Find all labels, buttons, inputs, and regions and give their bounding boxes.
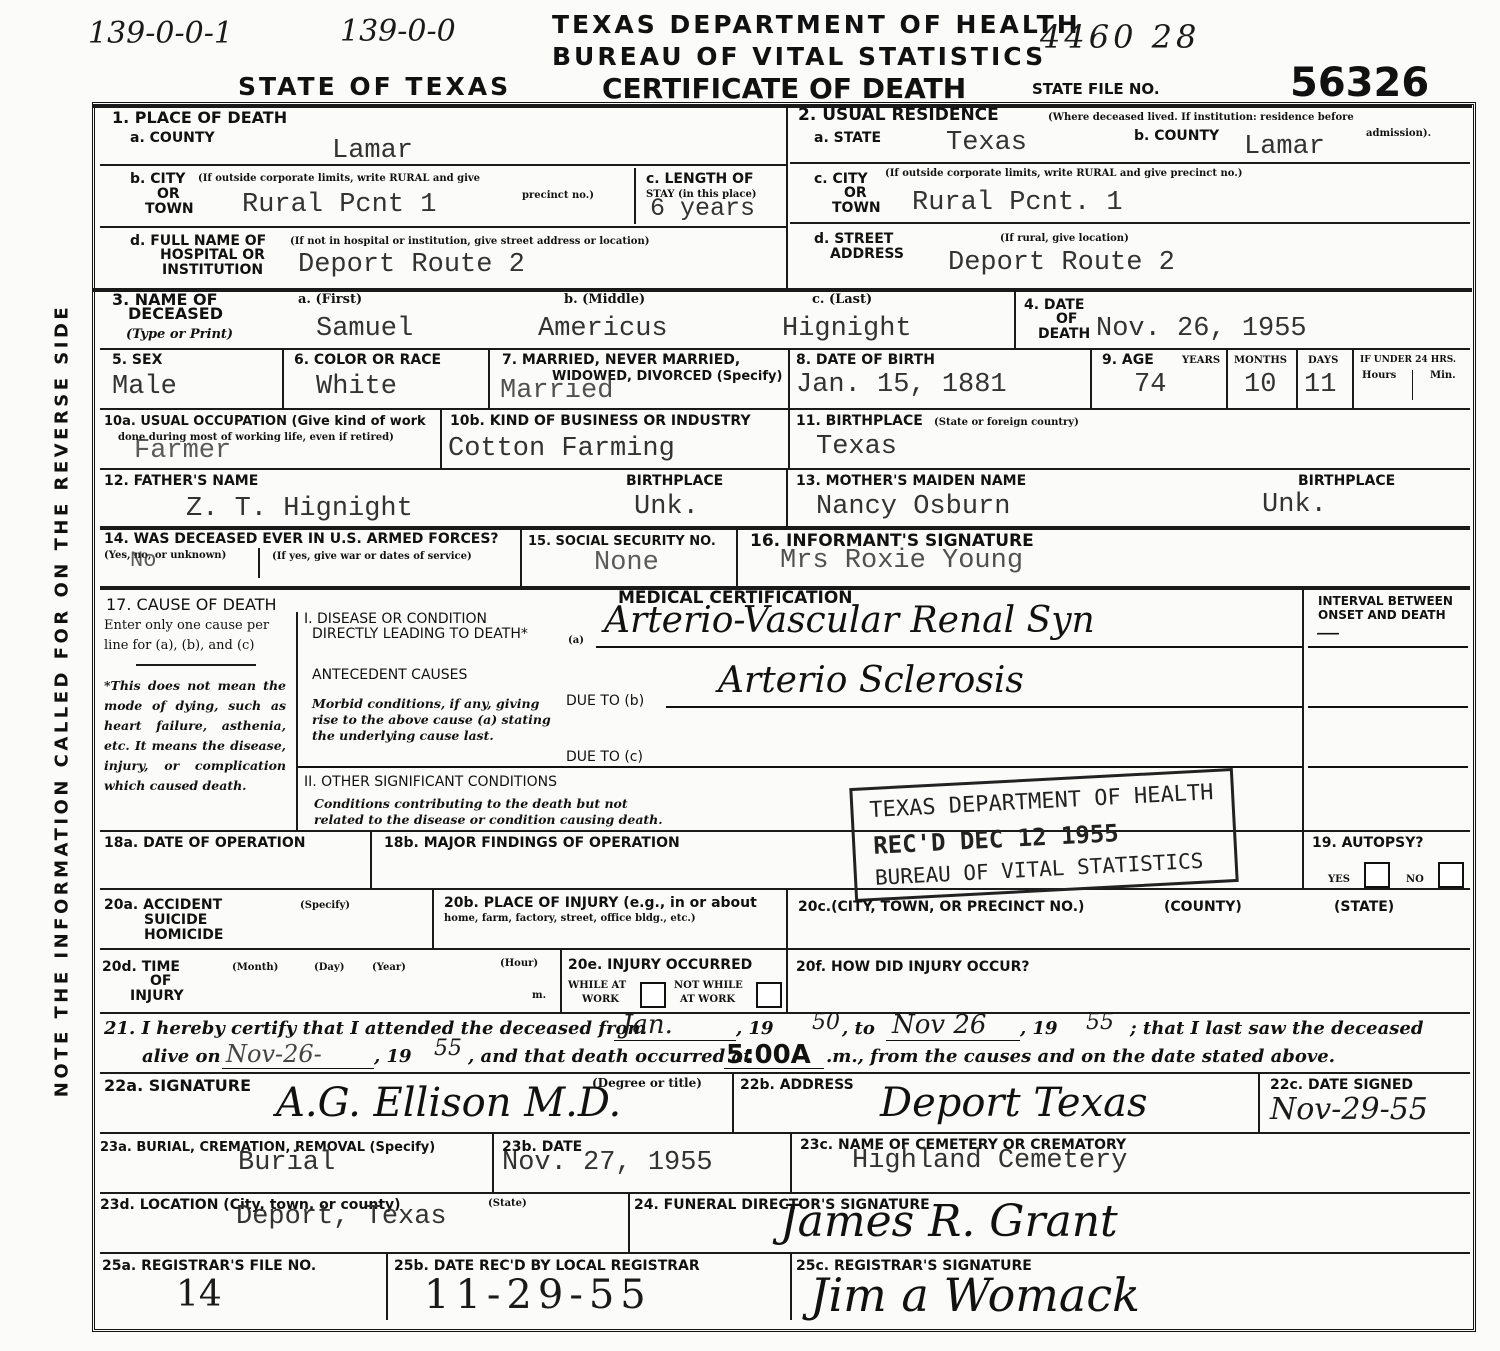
marital-status-field[interactable]: Married [500, 376, 613, 406]
city-label-or: OR [157, 187, 180, 202]
while-at-work-label: WHILE AT [568, 980, 626, 991]
injury-time-label-3: INJURY [130, 989, 184, 1004]
received-stamp: TEXAS DEPARTMENT OF HEALTH REC'D DEC 12 … [849, 768, 1238, 902]
autopsy-yes-checkbox[interactable] [1364, 862, 1390, 888]
date-signed-field[interactable]: Nov-29-55 [1270, 1092, 1428, 1127]
mother-birthplace-field[interactable]: Unk. [1262, 490, 1327, 520]
first-name-label: a. (First) [298, 294, 362, 305]
age-months-field[interactable]: 10 [1244, 370, 1276, 400]
city-note: (If outside corporate limits, write RURA… [198, 173, 480, 184]
birthplace-label: 11. BIRTHPLACE [796, 414, 923, 429]
handwritten-ref-1: 139-0-0-1 [88, 16, 233, 51]
death-county-field[interactable]: Lamar [332, 136, 413, 166]
alive-on-text: alive on [142, 1048, 221, 1066]
accident-label-3: HOMICIDE [144, 928, 223, 943]
marital-label: 7. MARRIED, NEVER MARRIED, [502, 353, 740, 368]
certify-text-3: , and that death occurred at [468, 1048, 751, 1066]
street-note: (If rural, give location) [1000, 233, 1129, 244]
cause-c-field[interactable] [680, 740, 1280, 764]
street-label: d. STREET [814, 232, 893, 247]
place-of-death-label: 1. PLACE OF DEATH [112, 110, 287, 125]
while-at-work-label-2: WORK [582, 994, 619, 1005]
autopsy-yes-label: YES [1328, 874, 1350, 885]
not-while-at-work-label: NOT WHILE [674, 980, 743, 991]
race-field[interactable]: White [316, 372, 397, 402]
agency-line-1: TEXAS DEPARTMENT OF HEALTH [552, 10, 1081, 39]
date-of-death-field[interactable]: Nov. 26, 1955 [1096, 314, 1307, 344]
sep-19a: , 19 [736, 1020, 774, 1038]
residence-state-field[interactable]: Texas [946, 128, 1027, 158]
how-injury-label: 20f. HOW DID INJURY OCCUR? [796, 960, 1030, 975]
residence-note: (Where deceased lived. If institution: r… [1048, 112, 1354, 123]
city-label: b. CITY [130, 172, 185, 187]
not-while-at-work-label-2: AT WORK [680, 994, 735, 1005]
mother-name-label: 13. MOTHER'S MAIDEN NAME [796, 474, 1026, 489]
other-conditions-note: Conditions contributing to the death but… [314, 796, 664, 828]
attended-from-year-field[interactable]: 50 [812, 1010, 840, 1035]
years-label: YEARS [1182, 355, 1220, 366]
sep-19b: , 19 [1020, 1020, 1058, 1038]
registrar-file-label: 25a. REGISTRAR'S FILE NO. [102, 1259, 316, 1274]
attended-to-year-field[interactable]: 55 [1086, 1010, 1114, 1035]
disposition-field[interactable]: Burial [238, 1148, 335, 1178]
to-text: , to [842, 1020, 875, 1038]
city-note-2: precinct no.) [522, 190, 594, 201]
armed-forces-label: 14. WAS DECEASED EVER IN U.S. ARMED FORC… [104, 532, 499, 547]
state-heading: STATE OF TEXAS [238, 72, 511, 101]
while-at-work-checkbox[interactable] [640, 982, 666, 1008]
birthplace-note: (State or foreign country) [934, 417, 1079, 428]
min-label: Min. [1430, 370, 1456, 381]
registrar-date-field[interactable]: 11-29-55 [424, 1272, 652, 1318]
handwritten-ref-3: 4460 28 [1040, 18, 1200, 56]
injury-hour-label: (Hour) [500, 958, 538, 969]
operation-date-label: 18a. DATE OF OPERATION [104, 836, 305, 851]
race-label: 6. COLOR OR RACE [294, 353, 441, 368]
first-name-field[interactable]: Samuel [316, 314, 413, 344]
occupation-label: 10a. USUAL OCCUPATION (Give kind of work [104, 414, 426, 429]
sex-field[interactable]: Male [112, 372, 177, 402]
stamp-line-1: TEXAS DEPARTMENT OF HEALTH [869, 780, 1214, 823]
not-while-at-work-checkbox[interactable] [756, 982, 782, 1008]
funeral-director-signature[interactable]: James R. Grant [780, 1196, 1118, 1247]
antecedent-label: ANTECEDENT CAUSES [312, 668, 467, 683]
agency-line-2: BUREAU OF VITAL STATISTICS [552, 42, 1046, 71]
sex-label: 5. SEX [112, 353, 162, 368]
age-years-field[interactable]: 74 [1134, 370, 1166, 400]
alive-on-field[interactable]: Nov-26- [226, 1040, 322, 1068]
attended-from-field[interactable]: Jan. [622, 1010, 673, 1040]
other-conditions-label: II. OTHER SIGNIFICANT CONDITIONS [304, 775, 557, 790]
father-name-label: 12. FATHER'S NAME [104, 474, 258, 489]
place-of-injury-label-2: home, farm, factory, street, office bldg… [444, 913, 696, 924]
date-of-death-label-3: DEATH [1038, 327, 1090, 342]
ssn-label: 15. SOCIAL SECURITY NO. [528, 534, 716, 549]
certify-text-2: ; that I last saw the deceased [1130, 1020, 1423, 1038]
cause-of-death-label: 17. CAUSE OF DEATH [106, 597, 277, 612]
burial-date-field[interactable]: Nov. 27, 1955 [502, 1148, 713, 1178]
certify-text-4: .m., from the causes and on the date sta… [826, 1048, 1335, 1066]
under-24-label: IF UNDER 24 HRS. [1360, 355, 1456, 366]
injury-m-label: m. [532, 990, 546, 1001]
autopsy-label: 19. AUTOPSY? [1312, 836, 1424, 851]
hospital-label-2: HOSPITAL OR [160, 248, 265, 263]
death-time-field[interactable]: 5:00A [726, 1040, 811, 1070]
hours-label: Hours [1362, 370, 1396, 381]
residence-city-label-or: OR [844, 186, 867, 201]
address-label: 22b. ADDRESS [740, 1078, 854, 1093]
informant-field[interactable]: Mrs Roxie Young [780, 546, 1023, 576]
county-label: a. COUNTY [130, 131, 215, 146]
date-signed-label: 22c. DATE SIGNED [1270, 1078, 1413, 1093]
days-label: DAYS [1308, 355, 1338, 366]
date-of-death-label-2: OF [1056, 312, 1077, 327]
burial-location-field[interactable]: Deport, Texas [236, 1202, 447, 1232]
physician-address[interactable]: Deport Texas [880, 1080, 1148, 1126]
accident-label-2: SUICIDE [144, 913, 207, 928]
certificate-title: CERTIFICATE OF DEATH [602, 72, 966, 105]
residence-city-note: (If outside corporate limits, write RURA… [885, 168, 1242, 179]
armed-forces-note-1: (Yes, no, or unknown) [104, 550, 226, 561]
interval-label: INTERVAL BETWEEN [1318, 594, 1453, 609]
mother-name-field[interactable]: Nancy Osburn [816, 492, 1010, 522]
registrar-signature[interactable]: Jim a Womack [810, 1268, 1140, 1322]
occupation-field[interactable]: Farmer [134, 436, 231, 466]
interval-label-2: ONSET AND DEATH [1318, 608, 1446, 623]
autopsy-no-label: NO [1406, 874, 1424, 885]
due-to-c-label: DUE TO (c) [566, 750, 643, 765]
stay-label: c. LENGTH OF [646, 172, 754, 187]
attended-to-field[interactable]: Nov 26 [892, 1010, 986, 1040]
registrar-file-field[interactable]: 14 [176, 1274, 222, 1315]
cause-a-marker: (a) [568, 635, 584, 646]
accident-specify-label: (Specify) [300, 900, 350, 911]
disease-label: I. DISEASE OR CONDITION [304, 612, 487, 627]
injury-county-label: (COUNTY) [1164, 900, 1242, 915]
date-of-birth-label: 8. DATE OF BIRTH [796, 353, 935, 368]
state-file-number: 56326 [1290, 60, 1429, 106]
injury-time-label-2: OF [150, 974, 171, 989]
cause-footnote: *This does not mean the mode of dying, s… [104, 676, 286, 796]
injury-year-label: (Year) [372, 962, 406, 973]
signature-label: 22a. SIGNATURE [104, 1078, 251, 1093]
reverse-side-note: NOTE THE INFORMATION CALLED FOR ON THE R… [52, 301, 73, 1101]
cause-b-field[interactable]: Arterio Sclerosis [718, 660, 1024, 701]
industry-label: 10b. KIND OF BUSINESS OR INDUSTRY [450, 414, 751, 429]
state-file-label: STATE FILE NO. [1032, 82, 1160, 97]
injury-occurred-label: 20e. INJURY OCCURRED [568, 958, 752, 973]
middle-name-field[interactable]: Americus [538, 314, 668, 344]
accident-label: 20a. ACCIDENT [104, 898, 222, 913]
sep-19c: , 19 [374, 1048, 412, 1066]
place-of-injury-label: 20b. PLACE OF INJURY (e.g., in or about [444, 896, 757, 911]
father-birthplace-label: BIRTHPLACE [626, 474, 723, 489]
name-label-3: (Type or Print) [126, 326, 233, 344]
city-label-town: TOWN [145, 202, 194, 217]
last-name-field[interactable]: Hignight [782, 314, 912, 344]
usual-residence-label: 2. USUAL RESIDENCE [798, 108, 999, 123]
date-of-birth-field[interactable]: Jan. 15, 1881 [796, 370, 1007, 400]
hospital-field[interactable]: Deport Route 2 [298, 250, 525, 280]
father-name-field[interactable]: Z. T. Hignight [186, 494, 413, 524]
age-days-field[interactable]: 11 [1304, 370, 1336, 400]
burial-location-state-label: (State) [488, 1198, 527, 1209]
ssn-field[interactable]: None [594, 548, 659, 578]
age-label: 9. AGE [1102, 353, 1154, 368]
injury-day-label: (Day) [314, 962, 344, 973]
cemetery-field[interactable]: Highland Cemetery [852, 1146, 1127, 1176]
handwritten-ref-2: 139-0-0 [340, 14, 456, 49]
hospital-note: (If not in hospital or institution, give… [290, 236, 649, 247]
mother-birthplace-label: BIRTHPLACE [1298, 474, 1395, 489]
due-to-b-label: DUE TO (b) [566, 694, 644, 709]
residence-county-label: b. COUNTY [1134, 129, 1219, 144]
injury-month-label: (Month) [232, 962, 278, 973]
injury-state-label: (STATE) [1334, 900, 1394, 915]
middle-name-label: b. (Middle) [564, 294, 645, 305]
disease-label-2: DIRECTLY LEADING TO DEATH* [312, 627, 528, 642]
residence-street-field[interactable]: Deport Route 2 [948, 248, 1175, 278]
autopsy-no-checkbox[interactable] [1438, 862, 1464, 888]
name-label-2: DECEASED [128, 306, 223, 321]
street-label-2: ADDRESS [830, 247, 904, 262]
length-of-stay-field[interactable]: 6 years [650, 194, 755, 223]
industry-field[interactable]: Cotton Farming [448, 434, 675, 464]
physician-signature[interactable]: A.G. Ellison M.D. [276, 1080, 621, 1126]
armed-forces-note-2: (If yes, give war or dates of service) [272, 551, 472, 562]
father-birthplace-field[interactable]: Unk. [634, 492, 699, 522]
residence-county-field[interactable]: Lamar [1244, 132, 1325, 162]
birthplace-field[interactable]: Texas [816, 432, 897, 462]
antecedent-note: Morbid conditions, if any, giving rise t… [312, 696, 564, 744]
months-label: MONTHS [1234, 355, 1287, 366]
alive-on-year-field[interactable]: 55 [434, 1036, 462, 1061]
residence-city-field[interactable]: Rural Pcnt. 1 [912, 188, 1123, 218]
death-city-field[interactable]: Rural Pcnt 1 [242, 190, 436, 220]
certify-text-1: 21. I hereby certify that I attended the… [104, 1020, 647, 1038]
hospital-label-3: INSTITUTION [162, 263, 263, 278]
residence-state-label: a. STATE [814, 131, 881, 146]
armed-forces-field[interactable]: No [130, 548, 156, 573]
injury-location-label: 20c.(CITY, TOWN, OR PRECINCT NO.) [798, 900, 1084, 915]
operation-findings-label: 18b. MAJOR FINDINGS OF OPERATION [384, 836, 680, 851]
last-name-label: c. (Last) [812, 294, 872, 305]
stamp-line-2: REC'D DEC 12 1955 [873, 819, 1120, 860]
cause-a-field[interactable]: Arterio-Vascular Renal Syn [604, 600, 1095, 641]
residence-city-label-town: TOWN [832, 201, 881, 216]
residence-note-2: admission). [1366, 128, 1431, 139]
cause-instructions: Enter only one cause per line for (a), (… [104, 616, 288, 656]
